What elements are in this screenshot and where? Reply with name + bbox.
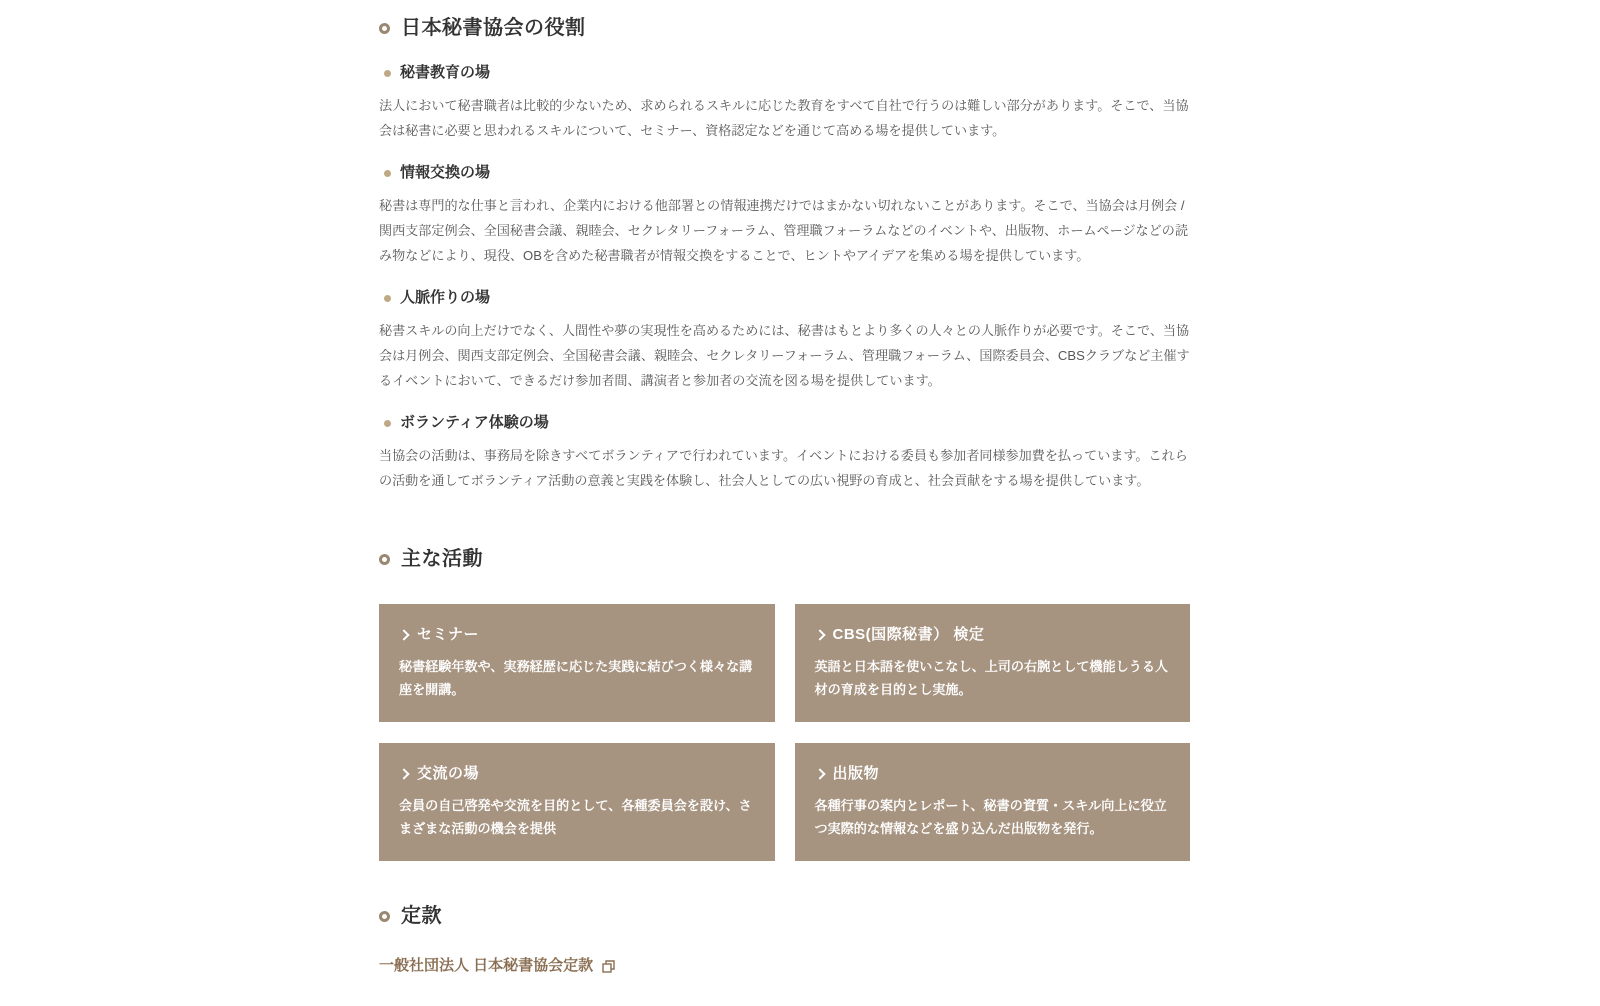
chevron-right-icon [814, 629, 825, 640]
activity-card-description: 秘書経験年数や、実務経歴に応じた実践に結びつく様々な講座を開講。 [399, 655, 755, 701]
chevron-right-icon [814, 768, 825, 779]
role-item-education: 秘書教育の場 法人において秘書職者は比較的少ないため、求められるスキルに応じた教… [379, 63, 1190, 143]
role-item-volunteer: ボランティア体験の場 当協会の活動は、事務局を除きすべてボランティアで行われてい… [379, 413, 1190, 493]
ring-bullet-icon [379, 23, 390, 34]
role-title: 秘書教育の場 [379, 63, 1190, 83]
dot-bullet-icon [384, 70, 391, 77]
activity-card-cbs-exam[interactable]: CBS(国際秘書） 検定 英語と日本語を使いこなし、上司の右腕として機能しうる人… [795, 604, 1191, 722]
activity-card-description: 英語と日本語を使いこなし、上司の右腕として機能しうる人材の育成を目的とし実施。 [815, 655, 1171, 701]
role-description: 当協会の活動は、事務局を除きすべてボランティアで行われています。イベントにおける… [379, 443, 1190, 493]
activity-card-title-label: セミナー [417, 624, 479, 646]
role-item-networking: 人脈作りの場 秘書スキルの向上だけでなく、人間性や夢の実現性を高めるためには、秘… [379, 288, 1190, 393]
section-heading-teikan: 定款 [379, 903, 1190, 929]
teikan-link-label: 一般社団法人 日本秘書協会定款 [379, 956, 593, 976]
roles-list: 秘書教育の場 法人において秘書職者は比較的少ないため、求められるスキルに応じた教… [379, 63, 1190, 493]
teikan-link[interactable]: 一般社団法人 日本秘書協会定款 [379, 956, 615, 976]
chevron-right-icon [398, 768, 409, 779]
role-title: 人脈作りの場 [379, 288, 1190, 308]
role-title-label: 秘書教育の場 [400, 63, 490, 83]
activity-card-title: CBS(国際秘書） 検定 [815, 624, 1171, 646]
role-description: 法人において秘書職者は比較的少ないため、求められるスキルに応じた教育をすべて自社… [379, 93, 1190, 143]
activity-card-title: 交流の場 [399, 763, 755, 785]
role-title: 情報交換の場 [379, 163, 1190, 183]
activity-card-title-label: 交流の場 [417, 763, 479, 785]
activity-card-title: セミナー [399, 624, 755, 646]
activity-card-description: 会員の自己啓発や交流を目的として、各種委員会を設け、さまざまな活動の機会を提供 [399, 794, 755, 840]
activity-card-title-label: 出版物 [833, 763, 880, 785]
section-heading-roles: 日本秘書協会の役割 [379, 15, 1190, 41]
section-heading-teikan-label: 定款 [401, 903, 442, 929]
dot-bullet-icon [384, 170, 391, 177]
page: 日本秘書協会の役割 秘書教育の場 法人において秘書職者は比較的少ないため、求めら… [0, 0, 1600, 1006]
role-title: ボランティア体験の場 [379, 413, 1190, 433]
activity-card-publications[interactable]: 出版物 各種行事の案内とレポート、秘書の資質・スキル向上に役立つ実際的な情報など… [795, 743, 1191, 861]
activity-card-title: 出版物 [815, 763, 1171, 785]
ring-bullet-icon [379, 554, 390, 565]
external-link-icon [602, 960, 615, 973]
ring-bullet-icon [379, 911, 390, 922]
role-item-information: 情報交換の場 秘書は専門的な仕事と言われ、企業内における他部署との情報連携だけで… [379, 163, 1190, 268]
main-content: 日本秘書協会の役割 秘書教育の場 法人において秘書職者は比較的少ないため、求めら… [379, 0, 1190, 976]
activity-cards: セミナー 秘書経験年数や、実務経歴に応じた実践に結びつく様々な講座を開講。 CB… [379, 604, 1190, 861]
activity-card-seminar[interactable]: セミナー 秘書経験年数や、実務経歴に応じた実践に結びつく様々な講座を開講。 [379, 604, 775, 722]
activity-card-description: 各種行事の案内とレポート、秘書の資質・スキル向上に役立つ実際的な情報などを盛り込… [815, 794, 1171, 840]
dot-bullet-icon [384, 420, 391, 427]
role-title-label: 情報交換の場 [400, 163, 490, 183]
section-heading-activities: 主な活動 [379, 546, 1190, 572]
section-heading-roles-label: 日本秘書協会の役割 [401, 15, 586, 41]
role-description: 秘書は専門的な仕事と言われ、企業内における他部署との情報連携だけではまかない切れ… [379, 193, 1190, 268]
activity-card-exchange[interactable]: 交流の場 会員の自己啓発や交流を目的として、各種委員会を設け、さまざまな活動の機… [379, 743, 775, 861]
activity-card-title-label: CBS(国際秘書） 検定 [833, 624, 985, 646]
role-description: 秘書スキルの向上だけでなく、人間性や夢の実現性を高めるためには、秘書はもとより多… [379, 318, 1190, 393]
chevron-right-icon [398, 629, 409, 640]
role-title-label: ボランティア体験の場 [400, 413, 549, 433]
section-heading-activities-label: 主な活動 [401, 546, 483, 572]
role-title-label: 人脈作りの場 [400, 288, 490, 308]
dot-bullet-icon [384, 295, 391, 302]
